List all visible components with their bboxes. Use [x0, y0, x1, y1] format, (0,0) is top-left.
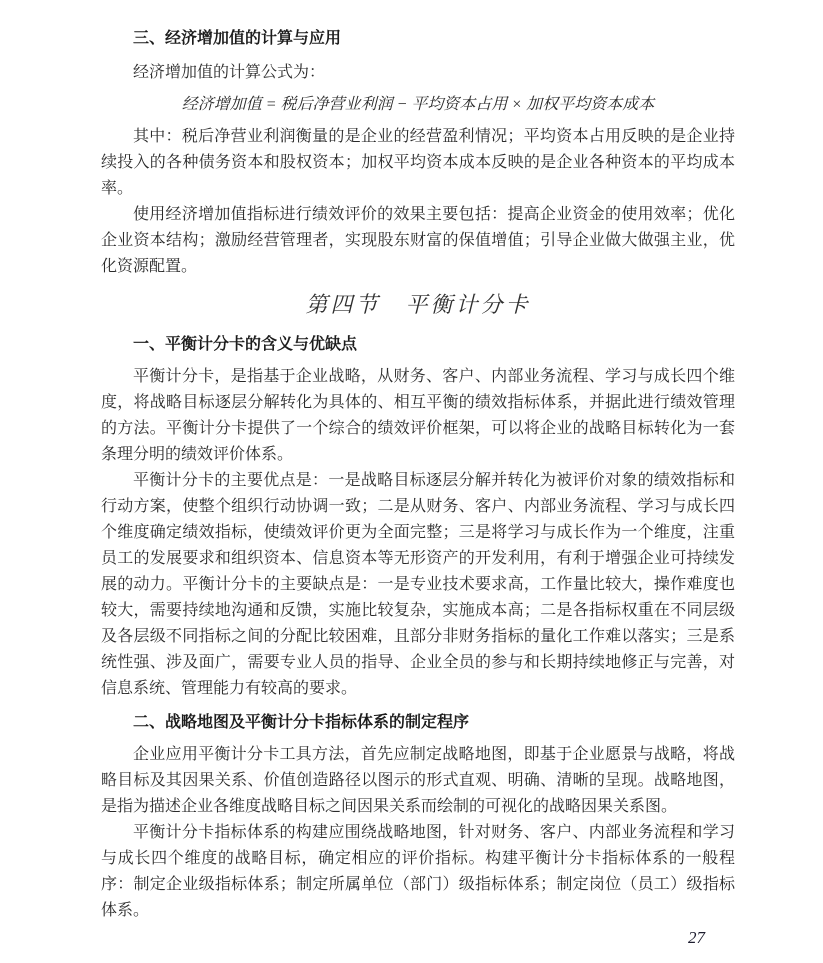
paragraph-formula-intro: 经济增加值的计算公式为：	[101, 60, 735, 86]
paragraph-eva-effects: 使用经济增加值指标进行绩效评价的效果主要包括：提高企业资金的使用效率；优化企业资…	[101, 202, 735, 280]
document-page: 三、经济增加值的计算与应用 经济增加值的计算公式为： 经济增加值 = 税后净营业…	[0, 0, 823, 963]
heading-strategy-map-procedure: 二、战略地图及平衡计分卡指标体系的制定程序	[101, 710, 735, 736]
page-number: 27	[688, 928, 705, 948]
heading-eva-calculation: 三、经济增加值的计算与应用	[101, 26, 735, 52]
paragraph-strategy-map: 企业应用平衡计分卡工具方法，首先应制定战略地图，即基于企业愿景与战略，将战略目标…	[101, 742, 735, 820]
paragraph-bsc-index-system: 平衡计分卡指标体系的构建应围绕战略地图，针对财务、客户、内部业务流程和学习与成长…	[101, 820, 735, 924]
page-content: 三、经济增加值的计算与应用 经济增加值的计算公式为： 经济增加值 = 税后净营业…	[101, 26, 735, 924]
heading-bsc-meaning: 一、平衡计分卡的含义与优缺点	[101, 332, 735, 358]
paragraph-bsc-pros-cons: 平衡计分卡的主要优点是：一是战略目标逐层分解并转化为被评价对象的绩效指标和行动方…	[101, 468, 735, 702]
chapter-title-section-4: 第四节 平衡计分卡	[101, 290, 735, 320]
eva-formula: 经济增加值 = 税后净营业利润 − 平均资本占用 × 加权平均资本成本	[101, 92, 735, 118]
paragraph-eva-terms: 其中：税后净营业利润衡量的是企业的经营盈利情况；平均资本占用反映的是企业持续投入…	[101, 124, 735, 202]
paragraph-bsc-definition: 平衡计分卡，是指基于企业战略，从财务、客户、内部业务流程、学习与成长四个维度，将…	[101, 364, 735, 468]
